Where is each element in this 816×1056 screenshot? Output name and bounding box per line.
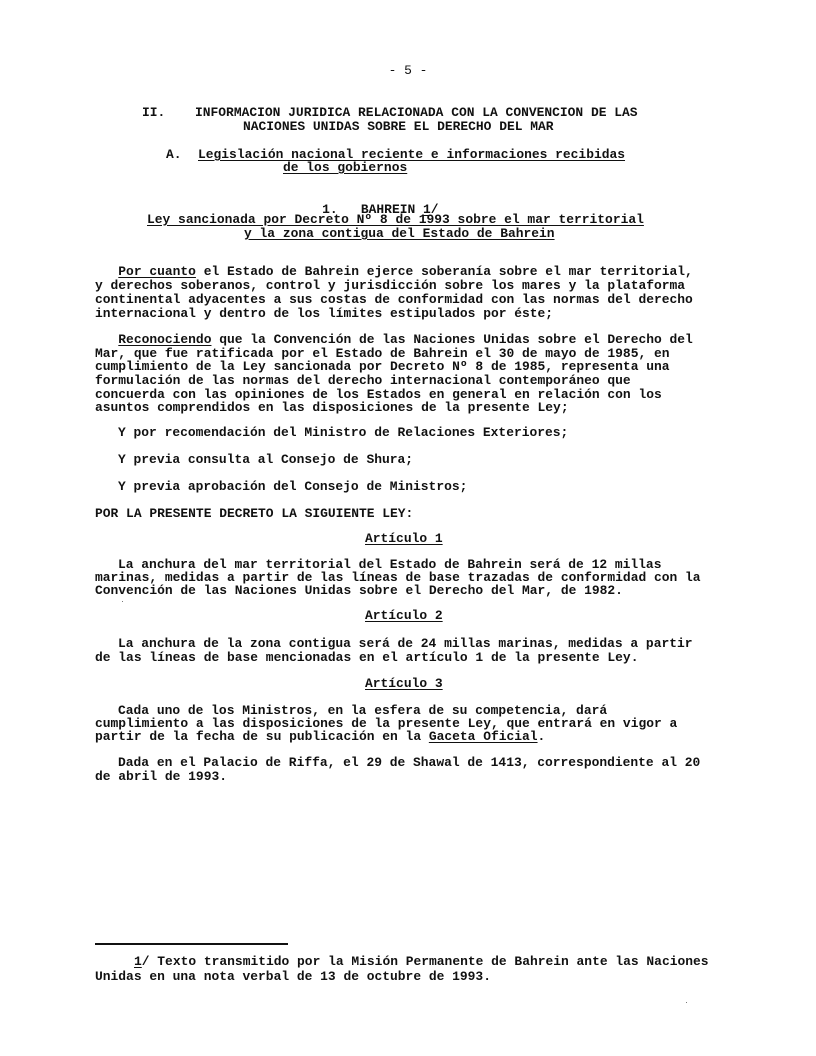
article-1-line3: Convención de las Naciones Unidas sobre …	[95, 584, 623, 598]
article-2-line1: La anchura de la zona contigua será de 2…	[118, 637, 693, 651]
article-2-heading: Artículo 2	[365, 609, 443, 623]
footnote-text: Texto transmitido por la Misión Permanen…	[150, 954, 709, 969]
preamble-p3: Y por recomendación del Ministro de Rela…	[118, 426, 568, 440]
article-3-line3: partir de la fecha de su publicación en …	[95, 730, 545, 744]
section-title-line2: NACIONES UNIDAS SOBRE EL DERECHO DEL MAR	[243, 120, 554, 134]
page-number: - 5 -	[0, 64, 816, 78]
preamble-p5: Y previa aprobación del Consejo de Minis…	[118, 480, 467, 494]
article-3-heading: Artículo 3	[365, 677, 443, 691]
preamble-p2-line1: Reconociendo que la Convención de las Na…	[95, 333, 693, 347]
preamble-p2-line6: asuntos comprendidos en las disposicione…	[95, 401, 569, 415]
preamble-p2-line3: cumplimiento de la Ley sancionada por De…	[95, 360, 670, 374]
gazette-period: .	[538, 729, 546, 744]
closing-line2: de abril de 1993.	[95, 770, 227, 784]
decree-statement: POR LA PRESENTE DECRETO LA SIGUIENTE LEY…	[95, 507, 413, 521]
scan-speck	[686, 1002, 687, 1003]
article-3-line3-text: partir de la fecha de su publicación en …	[95, 729, 429, 744]
section-number: II.	[142, 106, 165, 120]
preamble-p1-line2: y derechos soberanos, control y jurisdic…	[95, 279, 685, 293]
law-title-line1: Ley sancionada por Decreto Nº 8 de 1993 …	[147, 213, 644, 227]
preamble-p1-lead: Por cuanto	[118, 264, 196, 279]
preamble-p4: Y previa consulta al Consejo de Shura;	[118, 453, 413, 467]
preamble-p1-line4: internacional y dentro de los límites es…	[95, 307, 553, 321]
footnote-marker: 1	[134, 954, 142, 969]
subsection-letter: A.	[166, 148, 182, 162]
footnote-line1: 1/ Texto transmitido por la Misión Perma…	[134, 955, 709, 969]
law-title-line2: y la zona contigua del Estado de Bahrein	[244, 227, 555, 241]
article-1-heading: Artículo 1	[365, 532, 443, 546]
footnote-separator	[95, 943, 288, 945]
scan-speck	[122, 601, 123, 602]
gazette-reference: Gaceta Oficial	[429, 729, 538, 744]
preamble-p2-text: que la Convención de las Naciones Unidas…	[211, 332, 692, 347]
preamble-p1-line3: continental adyacentes a sus costas de c…	[95, 293, 693, 307]
subsection-title-line1: Legislación nacional reciente e informac…	[198, 148, 625, 162]
section-title-line1: INFORMACION JURIDICA RELACIONADA CON LA …	[195, 106, 638, 120]
preamble-p1-line1: Por cuanto el Estado de Bahrein ejerce s…	[95, 265, 693, 279]
article-2-line2: de las líneas de base mencionadas en el …	[95, 651, 638, 665]
document-page: - 5 - II. INFORMACION JURIDICA RELACIONA…	[0, 0, 816, 1056]
subsection-title-line2: de los gobiernos	[283, 161, 407, 175]
preamble-p2-line4: formulación de las normas del derecho in…	[95, 374, 631, 388]
closing-line1: Dada en el Palacio de Riffa, el 29 de Sh…	[118, 756, 700, 770]
preamble-p1-text: el Estado de Bahrein ejerce soberanía so…	[196, 264, 693, 279]
footnote-marker-slash: /	[142, 954, 150, 969]
preamble-p2-lead: Reconociendo	[118, 332, 211, 347]
footnote-line2: Unidas en una nota verbal de 13 de octub…	[95, 970, 491, 984]
